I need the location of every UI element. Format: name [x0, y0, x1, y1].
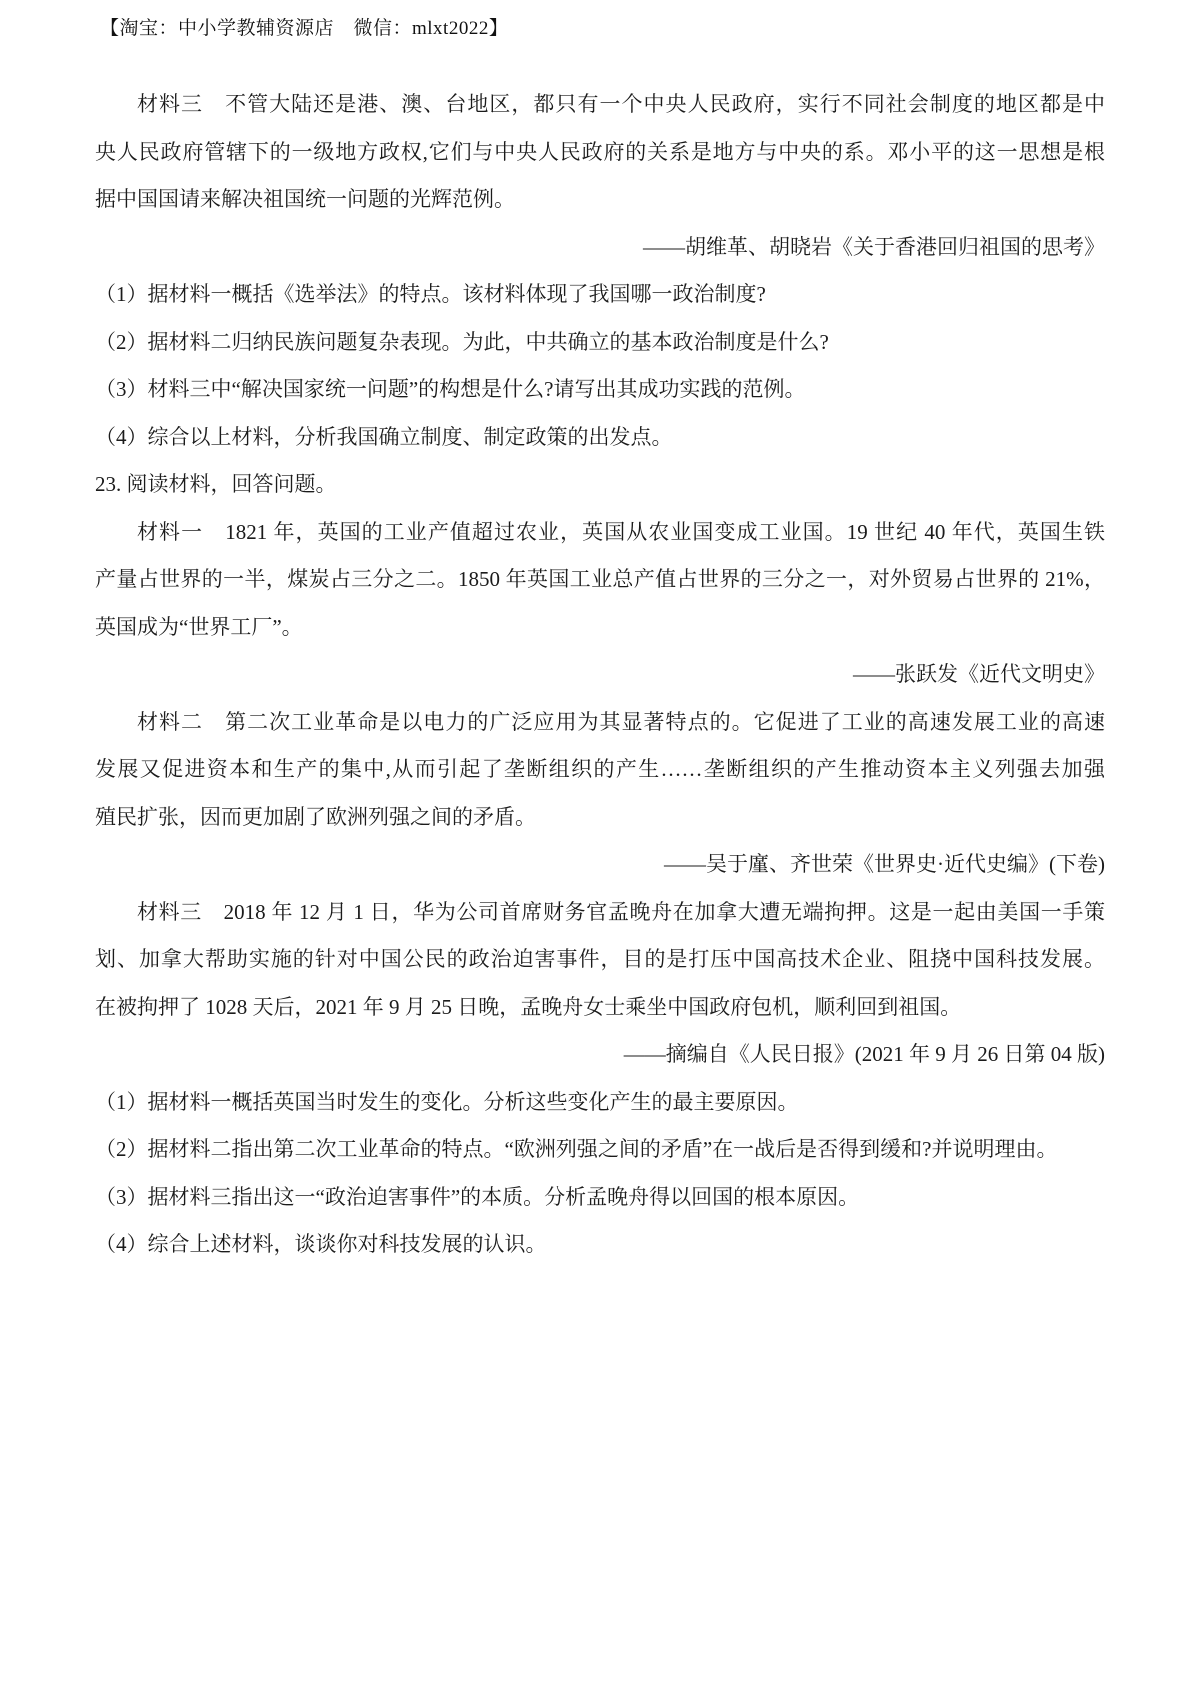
q22-subquestion-1: （1）据材料一概括《选举法》的特点。该材料体现了我国哪一政治制度?: [95, 271, 1105, 319]
q23-material2-line2: 发展又促进资本和生产的集中,从而引起了垄断组织的产生……垄断组织的产生推动资本主…: [95, 746, 1105, 794]
q23-material2-line1: 材料二 第二次工业革命是以电力的广泛应用为其显著特点的。它促进了工业的高速发展工…: [95, 699, 1105, 747]
q22-subquestion-2: （2）据材料二归纳民族问题复杂表现。为此，中共确立的基本政治制度是什么?: [95, 319, 1105, 367]
exam-document-page: { "header": { "watermark": "【淘宝：中小学教辅资源店…: [0, 0, 1200, 1698]
q23-material2-source: ——吴于廑、齐世荣《世界史·近代史编》(下卷): [95, 841, 1105, 889]
q23-material1-line1: 材料一 1821 年，英国的工业产值超过农业，英国从农业国变成工业国。19 世纪…: [95, 509, 1105, 557]
q22-material3-source: ——胡维革、胡晓岩《关于香港回归祖国的思考》: [95, 224, 1105, 272]
q23-material1-line2: 产量占世界的一半，煤炭占三分之二。1850 年英国工业总产值占世界的三分之一，对…: [95, 556, 1105, 604]
q23-material3-line2: 划、加拿大帮助实施的针对中国公民的政治迫害事件，目的是打压中国高技术企业、阻挠中…: [95, 936, 1105, 984]
q23-material1-line3: 英国成为“世界工厂”。: [95, 604, 1105, 652]
q23-subquestion-1: （1）据材料一概括英国当时发生的变化。分析这些变化产生的最主要原因。: [95, 1079, 1105, 1127]
q23-subquestion-4: （4）综合上述材料，谈谈你对科技发展的认识。: [95, 1221, 1105, 1269]
q22-material3-line3: 据中国国请来解决祖国统一问题的光辉范例。: [95, 176, 1105, 224]
exam-body: 材料三 不管大陆还是港、澳、台地区，都只有一个中央人民政府，实行不同社会制度的地…: [95, 81, 1105, 1269]
q22-subquestion-4: （4）综合以上材料，分析我国确立制度、制定政策的出发点。: [95, 414, 1105, 462]
q23-subquestion-3: （3）据材料三指出这一“政治迫害事件”的本质。分析孟晚舟得以回国的根本原因。: [95, 1174, 1105, 1222]
q23-material3-line1: 材料三 2018 年 12 月 1 日，华为公司首席财务官孟晚舟在加拿大遭无端拘…: [95, 889, 1105, 937]
q22-material3-line2: 央人民政府管辖下的一级地方政权,它们与中央人民政府的关系是地方与中央的系。邓小平…: [95, 129, 1105, 177]
q23-material3-source: ——摘编自《人民日报》(2021 年 9 月 26 日第 04 版): [95, 1031, 1105, 1079]
q23-material1-source: ——张跃发《近代文明史》: [95, 651, 1105, 699]
q23-material2-line3: 殖民扩张，因而更加剧了欧洲列强之间的矛盾。: [95, 794, 1105, 842]
q22-material3-line1: 材料三 不管大陆还是港、澳、台地区，都只有一个中央人民政府，实行不同社会制度的地…: [95, 81, 1105, 129]
q23-heading: 23. 阅读材料，回答问题。: [95, 461, 1105, 509]
q22-subquestion-3: （3）材料三中“解决国家统一问题”的构想是什么?请写出其成功实践的范例。: [95, 366, 1105, 414]
q23-material3-line3: 在被拘押了 1028 天后，2021 年 9 月 25 日晚，孟晚舟女士乘坐中国…: [95, 984, 1105, 1032]
shop-watermark-header: 【淘宝：中小学教辅资源店 微信：mlxt2022】: [100, 13, 508, 40]
q23-subquestion-2: （2）据材料二指出第二次工业革命的特点。“欧洲列强之间的矛盾”在一战后是否得到缓…: [95, 1126, 1105, 1174]
